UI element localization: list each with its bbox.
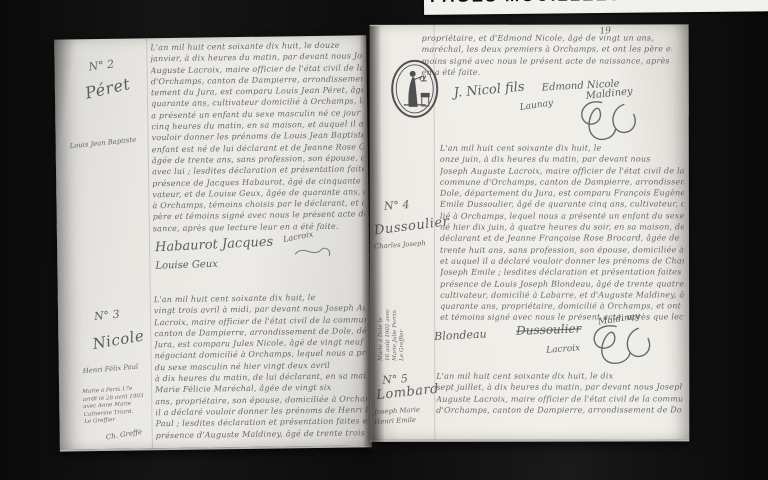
handwritten-line: né hier dix juin, à quatre heures du soi… <box>440 221 684 233</box>
handwritten-line: et auquel il a déclaré vouloir donner le… <box>440 255 684 267</box>
handwritten-line: commune d'Orchamps, canton de Dampierre,… <box>440 176 684 188</box>
act3-note-signature: Ch. Greffe <box>105 428 142 441</box>
act4-surname: Dussoulier <box>373 214 450 238</box>
act2-firstnames: Louis Jean Baptiste <box>69 136 136 151</box>
act3-surname: Nicole <box>91 326 145 353</box>
act4-body: L'an mil huit cent soixante dix huit, le… <box>440 142 684 323</box>
handwritten-line: Joseph Auguste Lacroix, maire officier d… <box>440 165 684 177</box>
handwritten-line: sept juillet, à dix heures du matin, par… <box>436 382 682 394</box>
handwritten-line: déclarant et de Jeanne Françoise Rose Br… <box>440 233 684 245</box>
handwritten-line: Emile Dussoulier, âgé de quarante cinq a… <box>440 199 684 211</box>
act2-signature-main: Habaurot Jacques <box>155 235 274 256</box>
register-page-left: N° 2 Péret Louis Jean Baptiste L'an mil … <box>54 35 372 451</box>
archival-notice-text: PAGES MOUILLÉES - LECTURE DIFFICILE <box>430 0 768 7</box>
act4-number: N° 4 <box>383 198 409 213</box>
handwritten-line: Dole, département du Jura, est comparu F… <box>440 188 684 200</box>
book-gutter-shadow <box>359 26 385 450</box>
act4-signature-blondeau: Blondeau <box>434 327 487 343</box>
act2-surname: Péret <box>83 74 132 103</box>
handwritten-line: propriétaire, et d'Edmond Nicole, âgé de… <box>422 32 672 44</box>
official-stamp-icon <box>390 59 440 119</box>
handwritten-line: maréchal, les deux premiers à Orchamps, … <box>422 44 672 56</box>
signature-launay: Launay <box>519 98 553 113</box>
handwritten-line: en a été faite. <box>422 66 672 78</box>
act3-firstnames: Henri Félix Paul <box>83 363 139 376</box>
act4-signature-dussoulier: Dussoulier <box>516 321 582 337</box>
handwritten-line: L'an mil huit cent soixante dix huit, le… <box>436 370 682 382</box>
archival-notice-banner: PAGES MOUILLÉES - LECTURE DIFFICILE <box>424 0 768 15</box>
handwritten-line: lié à Orchamps, lequel nous a présenté u… <box>440 210 684 222</box>
act2-number: N° 2 <box>88 57 115 73</box>
handwritten-line: L'an mil huit cent soixante dix huit, le <box>440 142 684 154</box>
handwritten-line: cultivateur, domicilié à Labarre, et d'A… <box>440 289 684 301</box>
act4-signature-paraph-icon <box>584 318 662 372</box>
handwritten-line: présence d'Auguste Maldiney, âgé de tren… <box>156 427 368 441</box>
handwritten-line: onze juin, à dix heures du matin, par de… <box>440 154 684 166</box>
handwritten-line: Joseph Emile ; lesdites déclaration et p… <box>440 267 684 279</box>
act2-signature-second: Louise Geux <box>155 259 218 272</box>
handwritten-line: Auguste Lacroix, maire officier de l'éta… <box>436 393 682 405</box>
act2-body: L'an mil huit cent soixante dix huit, le… <box>150 39 365 234</box>
signature-flourish-icon <box>293 242 333 261</box>
signature-nicol-fils: J. Nicol fils <box>453 80 525 101</box>
open-register-book: N° 2 Péret Louis Jean Baptiste L'an mil … <box>53 23 697 453</box>
handwritten-line: moins signé avec nous le présent acte de… <box>422 55 672 67</box>
handwritten-line: Le Greffier <box>399 257 406 361</box>
handwritten-line: d'Orchamps, canton de Dampierre, arrondi… <box>436 404 682 416</box>
act5-body: L'an mil huit cent soixante dix huit, le… <box>436 370 682 416</box>
act3-number: N° 3 <box>93 308 120 324</box>
signature-paraph-icon <box>572 96 648 146</box>
act3-marriage-note: Marié à Paris 17earrdt le 28 avril 1903a… <box>82 384 154 427</box>
act3-carryover: propriétaire, et d'Edmond Nicole, âgé de… <box>422 32 672 78</box>
handwritten-line: quarante ans, propriétaire, domicilié à … <box>440 301 684 313</box>
handwritten-line: sance, après que lecture leur en a été f… <box>153 220 365 234</box>
act3-body: L'an mil huit cent soixante dix huit, le… <box>154 291 368 441</box>
handwritten-line: présence de Louis Joseph Blondeau, âgé d… <box>440 278 684 290</box>
scanned-register-photo: { "banner": { "text": "PAGES MOUILLÉES -… <box>0 0 768 480</box>
handwritten-line: trente huit ans, sans profession, son ép… <box>440 244 684 256</box>
act4-signature-lacroix: Lacroix <box>546 343 581 355</box>
register-page-right: 19 propriétaire, et d'Edmond Nicole, âgé… <box>370 24 690 442</box>
